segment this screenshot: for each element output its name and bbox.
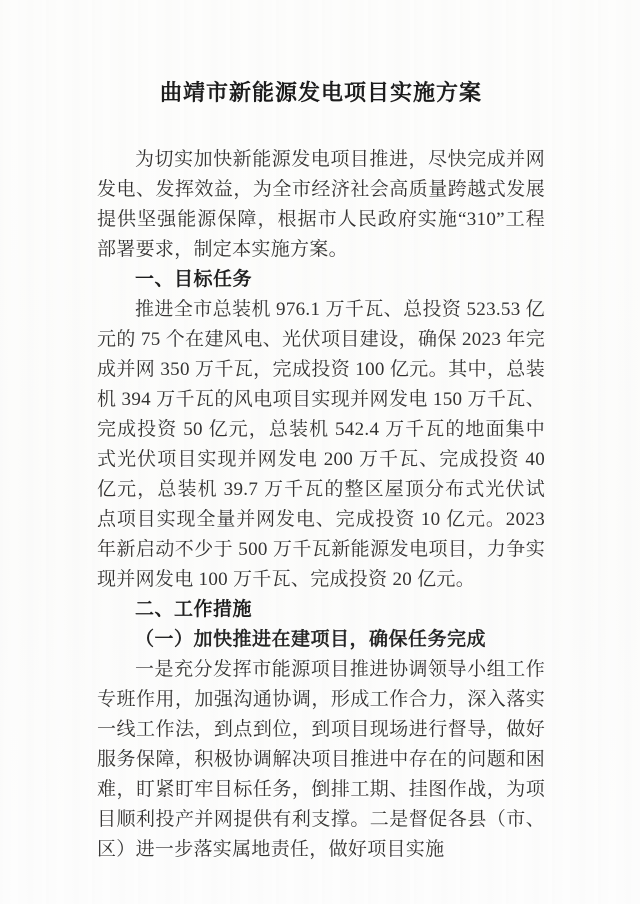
- intro-paragraph: 为切实加快新能源发电项目推进，尽快完成并网发电、发挥效益，为全市经济社会高质量跨…: [97, 145, 545, 265]
- section-2-sub-1-heading: （一）加快推进在建项目，确保任务完成: [97, 625, 545, 655]
- section-2-sub-1-paragraph: 一是充分发挥市能源项目推进协调领导小组工作专班作用，加强沟通协调，形成工作合力，…: [97, 655, 545, 865]
- section-1-heading: 一、目标任务: [97, 265, 545, 295]
- section-2-heading: 二、工作措施: [97, 595, 545, 625]
- document-title: 曲靖市新能源发电项目实施方案: [97, 78, 545, 108]
- document-page: 曲靖市新能源发电项目实施方案 为切实加快新能源发电项目推进，尽快完成并网发电、发…: [0, 0, 640, 904]
- section-1-paragraph: 推进全市总装机 976.1 万千瓦、总投资 523.53 亿元的 75 个在建风…: [97, 295, 545, 595]
